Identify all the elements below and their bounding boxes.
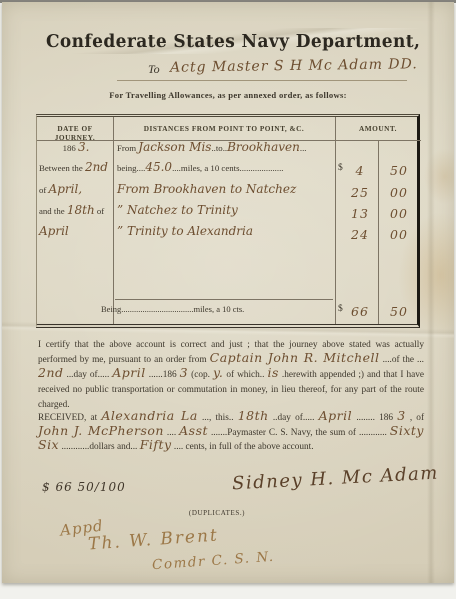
- amount-notation: $ 66 50/100: [42, 480, 126, 494]
- date-handwritten: 3.: [78, 140, 89, 154]
- distance-printed: ..to..: [211, 143, 227, 153]
- received-printed: ....: [167, 428, 176, 438]
- date-handwritten: 18th: [67, 203, 95, 217]
- date-printed: Between the: [39, 163, 83, 173]
- allowance-table: DATE OF JOURNEY. DISTANCES FROM POINT TO…: [36, 114, 420, 328]
- date-handwritten: April: [39, 224, 69, 238]
- received-printed: ..., this..: [202, 413, 234, 423]
- addressee-handwritten: Actg Master S H Mc Adam DD.: [170, 56, 418, 75]
- received-printed: ............dollars and...: [61, 442, 137, 452]
- distance-printed: being....: [117, 163, 145, 173]
- form-subtitle: For Travelling Allowances, as per annexe…: [2, 90, 454, 100]
- date-printed: of: [39, 185, 46, 195]
- addressee-rule-line: [117, 80, 407, 81]
- received-printed: RECEIVED, at: [38, 413, 97, 423]
- column-header-distances: DISTANCES FROM POINT TO POINT, &C.: [113, 124, 335, 133]
- approver-rank: Comdr C. S. N.: [152, 549, 275, 574]
- addressee-prefix: To: [148, 62, 160, 77]
- distance-handwritten: ” Natchez to Trinity: [117, 203, 238, 217]
- duplicates-label: (DUPLICATES.): [142, 509, 292, 517]
- received-printed: .......Paymaster C. S. Navy, the sum of …: [211, 428, 387, 438]
- distance-handwritten: Brookhaven: [227, 140, 300, 154]
- date-handwritten: April,: [49, 182, 83, 196]
- paper-sheet: Confederate States Navy Department, To A…: [2, 2, 454, 583]
- amount-cents: 00: [382, 227, 416, 242]
- amount-cents: 50: [382, 163, 416, 178]
- received-handwritten-year: 3: [397, 408, 405, 423]
- total-dollars: 66: [344, 304, 376, 319]
- distance-cell: From Jackson Mis..to..Brookhaven...: [117, 143, 335, 153]
- certify-printed: of which..: [226, 370, 264, 380]
- distance-cell: From Brookhaven to Natchez: [117, 185, 335, 195]
- table-total-row: Being..................................m…: [37, 304, 417, 324]
- distance-cell: ” Trinity to Alexandria: [117, 227, 335, 237]
- scanned-document: Confederate States Navy Department, To A…: [0, 0, 456, 599]
- amount-dollars: 13: [344, 206, 376, 221]
- table-total-rule: [115, 299, 333, 300]
- date-cell: 186 3.: [39, 143, 113, 153]
- certify-printed: ....of the ...: [383, 355, 424, 365]
- date-cell: Between the 2nd: [39, 163, 113, 173]
- distance-handwritten: Jackson Mis: [138, 140, 211, 154]
- amount-cents: 00: [382, 206, 416, 221]
- certify-handwritten-month: April: [112, 365, 146, 380]
- received-printed: ..day of.....: [273, 413, 315, 423]
- received-handwritten-asst: Asst: [179, 423, 208, 438]
- amount-dollars: 4: [344, 163, 376, 178]
- certify-handwritten-year: 3: [180, 365, 188, 380]
- certify-handwritten-is: is: [267, 365, 278, 380]
- date-printed: of: [97, 206, 104, 216]
- recipient-signature: Sidney H. Mc Adam: [232, 463, 440, 495]
- certification-paragraph: I certify that the above account is corr…: [38, 338, 424, 413]
- received-handwritten-paymaster-name: John J. McPherson: [38, 423, 164, 438]
- certify-handwritten-day: 2nd: [38, 365, 64, 380]
- total-cents: 50: [382, 304, 416, 319]
- column-header-date: DATE OF JOURNEY.: [37, 124, 113, 142]
- date-handwritten: 2nd: [85, 160, 108, 174]
- date-cell: April: [39, 227, 113, 237]
- distance-cell: ” Natchez to Trinity: [117, 206, 335, 216]
- column-header-amount: AMOUNT.: [335, 124, 421, 133]
- received-handwritten-day: 18th: [238, 408, 269, 423]
- dollar-sign: $: [338, 304, 343, 314]
- distance-printed: From: [117, 143, 136, 153]
- date-cell: and the 18th of: [39, 206, 113, 216]
- certify-printed: ......186: [149, 370, 177, 380]
- received-printed: .... cents, in full of the above account…: [174, 442, 314, 452]
- approver-signature: Th. W. Brent: [87, 525, 219, 554]
- table-row: Between the 2nd being....45.0....miles, …: [37, 163, 417, 183]
- date-cell: of April,: [39, 185, 113, 195]
- certify-handwritten-copy: y.: [213, 365, 223, 380]
- received-handwritten-month: April: [319, 408, 353, 423]
- table-row: and the 18th of ” Natchez to Trinity 13 …: [37, 206, 417, 226]
- received-printed: , of: [410, 413, 424, 423]
- total-label: Being..................................m…: [101, 304, 335, 314]
- amount-dollars: 25: [344, 185, 376, 200]
- certify-printed: ...day of.....: [67, 370, 110, 380]
- distance-handwritten: From Brookhaven to Natchez: [117, 182, 296, 196]
- amount-cents: 00: [382, 185, 416, 200]
- distance-cell: being....45.0....miles, a 10 cents......…: [117, 163, 335, 173]
- date-printed: 186: [63, 143, 76, 153]
- received-printed: ........ 186: [356, 413, 393, 423]
- distance-printed: ....miles, a 10 cents...................…: [172, 163, 283, 173]
- received-handwritten-place: Alexandria La: [101, 408, 197, 423]
- department-title: Confederate States Navy Department,: [46, 32, 420, 53]
- table-row: of April, From Brookhaven to Natchez 25 …: [37, 185, 417, 205]
- certify-printed: (cop.: [191, 370, 210, 380]
- certify-handwritten-order-officer: Captain John R. Mitchell: [210, 350, 380, 365]
- table-row: April ” Trinity to Alexandria 24 00: [37, 227, 417, 247]
- distance-printed: ...: [300, 143, 307, 153]
- date-printed: and the: [39, 206, 65, 216]
- dollar-sign: $: [338, 163, 343, 173]
- amount-dollars: 24: [344, 227, 376, 242]
- received-paragraph: RECEIVED, at Alexandria La ..., this.. 1…: [38, 411, 424, 455]
- distance-handwritten: 45.0: [145, 160, 172, 174]
- distance-handwritten: ” Trinity to Alexandria: [117, 224, 253, 238]
- received-handwritten-cents: Fifty: [140, 437, 172, 452]
